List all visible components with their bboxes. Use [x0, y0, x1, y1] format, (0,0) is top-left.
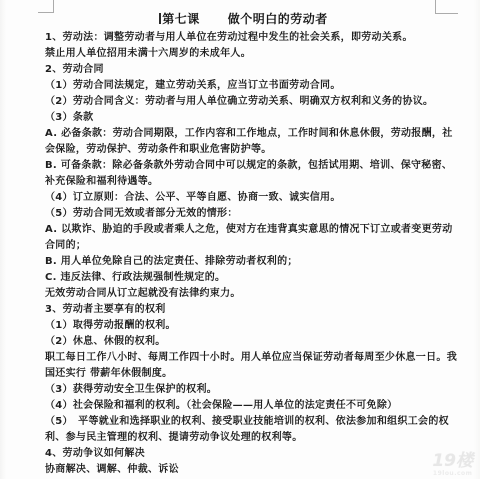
- text-line: 补充保险和福利待遇等。: [45, 174, 442, 190]
- text-line: （4）订立原则：合法、公平、平等自愿、协商一致、诚实信用。: [45, 190, 442, 206]
- text-line: 4、劳动争议如何解决: [45, 446, 442, 462]
- text-line: 利、参与民主管理的权利、提请劳动争议处理的权利等。: [45, 430, 442, 446]
- text-line: （5） 平等就业和选择职业的权利、接受职业技能培训的权利、依法参加和组织工会的权: [45, 414, 442, 430]
- text-line: A. 以欺诈、胁迫的手段或者乘人之危，使对方在违背真实意思的情况下订立或者变更劳…: [45, 222, 442, 238]
- text-line: 协商解决、调解、仲裁、诉讼: [45, 462, 442, 478]
- text-line: 职工每日工作八小时、每周工作四十小时。用人单位应当保证劳动者每周至少休息一日。我: [45, 350, 442, 366]
- page-title-lesson-number: 第七课: [162, 12, 200, 26]
- watermark-logo: 19楼: [432, 453, 473, 470]
- text-line: A. 必备条款：劳动合同期限，工作内容和工作地点，工作时间和休息休假，劳动报酬，…: [45, 126, 442, 142]
- text-line: （1）取得劳动报酬的权利。: [45, 318, 442, 334]
- text-line: （1）劳动合同法规定，建立劳动关系，应当订立书面劳动合同。: [45, 78, 442, 94]
- page-title: 第七课做个明白的劳动者: [45, 10, 442, 28]
- text-line: 3、劳动者主要享有的权利: [45, 302, 442, 318]
- text-line: 1、劳动法：调整劳动者与用人单位在劳动过程中发生的社会关系，即劳动关系。: [45, 30, 442, 46]
- text-line: （3）条款: [45, 110, 442, 126]
- document-lines: 1、劳动法：调整劳动者与用人单位在劳动过程中发生的社会关系，即劳动关系。禁止用人…: [45, 30, 442, 478]
- text-line: （4）社会保险和福利的权利。（社会保险——用人单位的法定责任不可免除）: [45, 398, 442, 414]
- text-line: B. 可备条款：除必备条款外劳动合同中可以规定的条款，包括试用期、培训、保守秘密…: [45, 158, 442, 174]
- text-line: （5）劳动合同无效或者部分无效的情形：: [45, 206, 442, 222]
- text-line: （3）获得劳动安全卫生保护的权利。: [45, 382, 442, 398]
- text-line: 无效劳动合同从订立起就没有法律约束力。: [45, 286, 442, 302]
- text-line: 2、劳动合同: [45, 62, 442, 78]
- text-line: 禁止用人单位招用未满十六周岁的未成年人。: [45, 46, 442, 62]
- document-page: 第七课做个明白的劳动者 1、劳动法：调整劳动者与用人单位在劳动过程中发生的社会关…: [0, 0, 480, 479]
- text-line: C. 违反法律、行政法规强制性规定的。: [45, 270, 442, 286]
- text-cursor-mark: [159, 13, 161, 24]
- text-line: 会保险，劳动保护、劳动条件和职业危害防护等。: [45, 142, 442, 158]
- text-line: 合同的；: [45, 238, 442, 254]
- document-content: 第七课做个明白的劳动者 1、劳动法：调整劳动者与用人单位在劳动过程中发生的社会关…: [45, 10, 442, 478]
- text-line: （2）休息、休假的权利。: [45, 334, 442, 350]
- watermark-site-url: 19lou.com: [432, 470, 473, 477]
- page-title-lesson-name: 做个明白的劳动者: [228, 12, 328, 26]
- watermark: 19楼 19lou.com: [432, 453, 473, 477]
- text-line: （2）劳动合同含义：劳动者与用人单位确立劳动关系、明确双方权利和义务的协议。: [45, 94, 442, 110]
- text-line: B. 用人单位免除自己的法定责任、排除劳动者权利的；: [45, 254, 442, 270]
- text-line: 国还实行 带薪年休假制度。: [45, 366, 442, 382]
